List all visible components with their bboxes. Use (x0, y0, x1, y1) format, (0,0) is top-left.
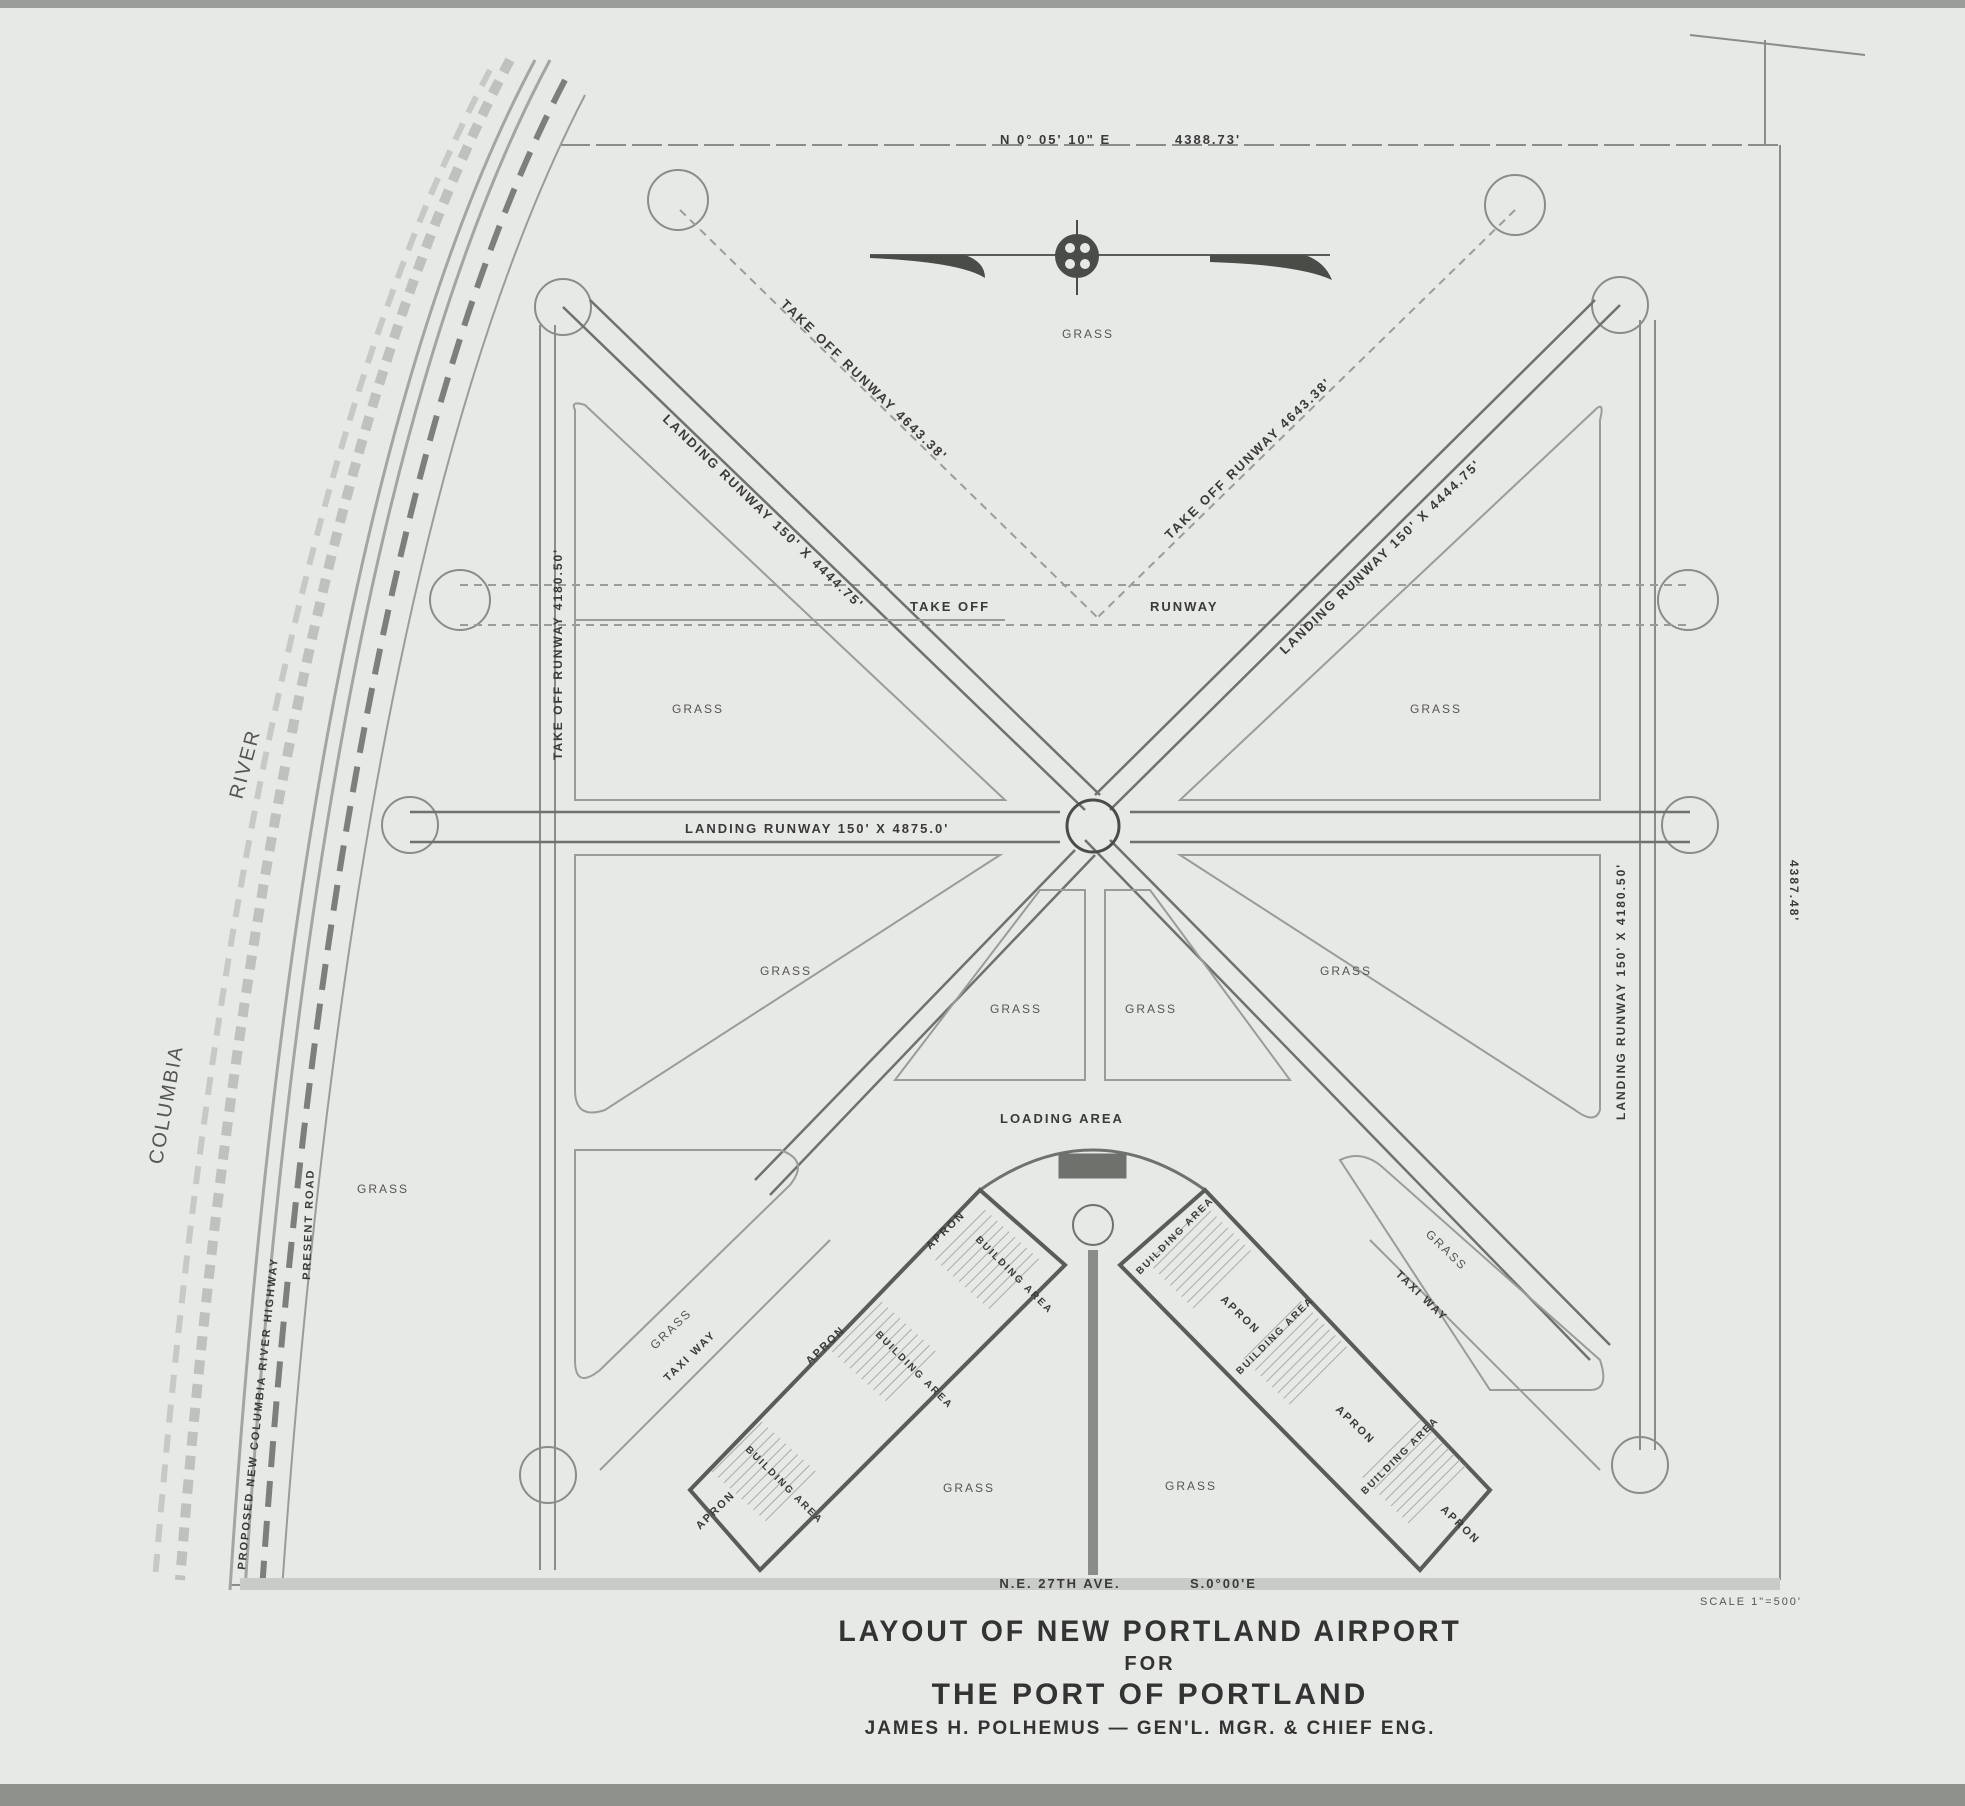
grass-label: GRASS (1062, 327, 1114, 341)
river-label-columbia: COLUMBIA (145, 1043, 188, 1165)
property-boundary (230, 35, 1865, 1585)
grass-label: GRASS (1410, 702, 1462, 716)
airport-layout-plan: N 0° 05' 10" E 4388.73' N.E. 27TH AVE. S… (0, 0, 1965, 1806)
loading-area (980, 1150, 1205, 1575)
landing-runway-ne-label: LANDING RUNWAY 150' X 4444.75' (1277, 456, 1484, 657)
grass-label: GRASS (760, 964, 812, 978)
boundary-labels: N 0° 05' 10" E 4388.73' N.E. 27TH AVE. S… (999, 132, 1802, 1608)
grass-label: GRASS (1165, 1479, 1217, 1493)
takeoff-runway-ew-right-label: RUNWAY (1150, 599, 1219, 614)
grass-label: GRASS (943, 1481, 995, 1495)
drawing-client: THE PORT OF PORTLAND (700, 1678, 1600, 1712)
river-and-highway (155, 60, 585, 1590)
loading-area-label: LOADING AREA (1000, 1111, 1124, 1126)
north-distance-label: 4388.73' (1175, 132, 1241, 147)
grass-label: GRASS (1320, 964, 1372, 978)
takeoff-runway-ew-left-label: TAKE OFF (910, 599, 990, 614)
grass-label: GRASS (1125, 1002, 1177, 1016)
landing-runways (410, 300, 1690, 1360)
takeoff-runway-nw-label: TAKE OFF RUNWAY 4643.38' (778, 296, 951, 464)
grass-plots (574, 403, 1602, 1117)
landing-runway-ew-label: LANDING RUNWAY 150' X 4875.0' (685, 821, 949, 836)
grass-label: GRASS (672, 702, 724, 716)
drawing-for: FOR (700, 1653, 1600, 1676)
south-road-label: N.E. 27TH AVE. (999, 1576, 1120, 1591)
perimeter-taxiway (382, 170, 1718, 1570)
feature-labels: COLUMBIA RIVER PROPOSED NEW COLUMBIA RIV… (145, 727, 317, 1570)
title-block: LAYOUT OF NEW PORTLAND AIRPORT FOR THE P… (700, 1615, 1600, 1740)
north-bearing-label: N 0° 05' 10" E (1000, 132, 1111, 147)
takeoff-runway-w-label: TAKE OFF RUNWAY 4180.50' (551, 548, 565, 760)
grass-label: GRASS (1423, 1227, 1470, 1273)
drawing-title: LAYOUT OF NEW PORTLAND AIRPORT (723, 1615, 1578, 1649)
apron-label: APRON (1333, 1404, 1377, 1447)
scan-bottom-border (0, 1784, 1965, 1806)
apron-building-west (690, 1190, 1065, 1570)
drawing-sheet: N 0° 05' 10" E 4388.73' N.E. 27TH AVE. S… (0, 0, 1965, 1806)
takeoff-runway-ne-label: TAKE OFF RUNWAY 4643.38' (1162, 375, 1335, 543)
compass-rose-icon (870, 220, 1332, 295)
scale-label: SCALE 1"=500' (1700, 1596, 1802, 1608)
present-road-label: PRESENT ROAD (301, 1168, 317, 1280)
taxiway-label: TAXI WAY (1393, 1269, 1450, 1324)
grass-label: GRASS (647, 1306, 694, 1352)
landing-runway-e-label: LANDING RUNWAY 150' X 4180.50' (1614, 863, 1628, 1120)
grass-label: GRASS (357, 1182, 409, 1196)
grass-label: GRASS (990, 1002, 1042, 1016)
landing-runway-nw-label: LANDING RUNWAY 150' X 4444.75' (660, 411, 867, 612)
south-bearing-label: S.0°00'E (1190, 1576, 1257, 1591)
east-side-label: 4387.48' (1787, 860, 1801, 922)
apron-label: APRON (1218, 1294, 1262, 1337)
apron-label: APRON (694, 1489, 738, 1532)
drawing-engineer: JAMES H. POLHEMUS — GEN'L. MGR. & CHIEF … (700, 1718, 1600, 1740)
